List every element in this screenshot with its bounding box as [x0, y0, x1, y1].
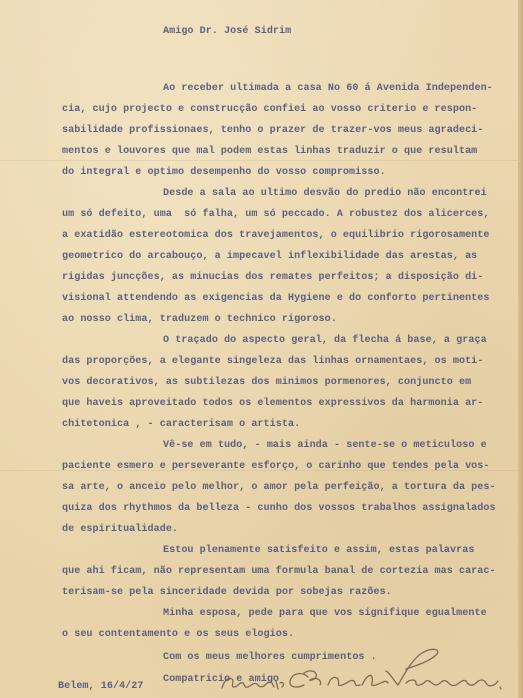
- text-line: visional attendendo as exigencias da Hyg…: [62, 293, 490, 305]
- text-line: Estou plenamente satisfeito e assim, est…: [163, 545, 474, 557]
- text-line: que ahi ficam, não representam uma formu…: [62, 566, 496, 578]
- text-line: das proporções, a elegante singeleza das…: [62, 356, 483, 368]
- salutation: Amigo Dr. José Sidrim: [163, 26, 291, 38]
- letter-page: Amigo Dr. José Sidrim Ao receber ultimad…: [0, 0, 523, 698]
- text-line: chitetonica , - caracterisam o artista.: [62, 419, 300, 431]
- text-line: sabilidade profissionaes, tenho o prazer…: [62, 125, 483, 137]
- text-line: O traçado do aspecto geral, da flecha á …: [163, 335, 487, 347]
- text-line: vos decorativos, as subtilezas dos minim…: [62, 377, 471, 389]
- paper-crease: [0, 160, 523, 161]
- text-line: o seu contentamento e os seus elogios.: [62, 629, 294, 641]
- handwritten-signature: [210, 643, 510, 693]
- paper-edge: [518, 0, 523, 698]
- text-line: do integral e optimo desempenho do vosso…: [62, 167, 386, 179]
- text-line: Desde a sala ao ultimo desvão do predio …: [163, 188, 487, 200]
- text-line: Minha esposa, pede para que vos signifiq…: [163, 608, 487, 620]
- text-line: um só defeito, uma só falha, um só pecca…: [62, 209, 490, 221]
- text-line: rigidas juncções, as minucias dos remate…: [62, 272, 483, 284]
- text-line: quiza dos rhythmos da belleza - cunho do…: [62, 503, 496, 515]
- text-line: Ao receber ultimada a casa No 60 á Aveni…: [163, 83, 493, 95]
- text-line: paciente esmero e perseverante esforço, …: [62, 461, 490, 473]
- text-line: ao nosso clima, traduzem o technico rigo…: [62, 314, 337, 326]
- text-line: cia, cujo projecto e construcção confiei…: [62, 104, 477, 116]
- text-line: que haveis aproveitado todos os elemento…: [62, 398, 483, 410]
- text-line: mentos e louvores que mal podem estas li…: [62, 146, 477, 158]
- text-line: Vê-se em tudo, - mais ainda - sente-se o…: [163, 440, 487, 452]
- text-line: terisam-se pela sinceridade devida por s…: [62, 587, 392, 599]
- place-date: Belem, 16/4/27: [58, 681, 144, 693]
- text-line: a exatidão estereotomica dos travejament…: [62, 230, 490, 242]
- text-line: de espiritualidade.: [62, 524, 178, 536]
- text-line: sa arte, o anceio pelo melhor, o amor pe…: [62, 482, 496, 494]
- text-line: geometrico do arcabouço, a impecavel inf…: [62, 251, 477, 263]
